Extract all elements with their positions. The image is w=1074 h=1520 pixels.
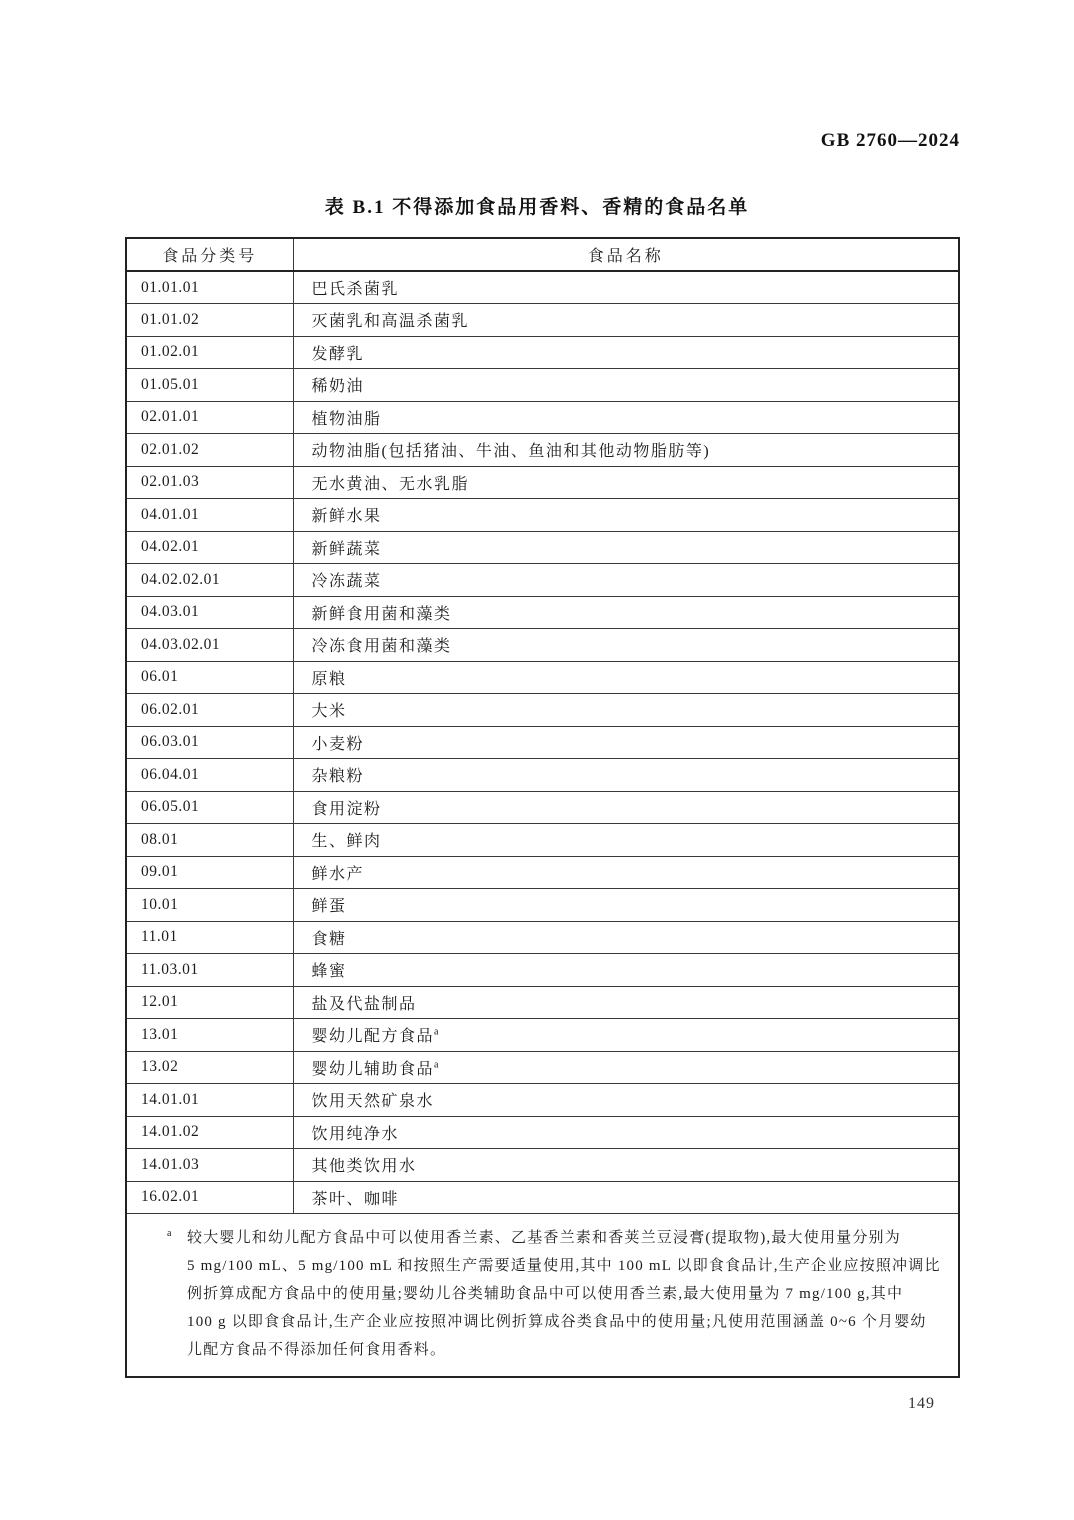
table-row: 13.01婴幼儿配方食品a	[126, 1019, 959, 1052]
food-name: 生、鲜肉	[293, 824, 959, 857]
standard-code: GB 2760—2024	[821, 130, 960, 152]
footnote-line: 例折算成配方食品中的使用量;婴幼儿谷类辅助食品中可以使用香兰素,最大使用量为 7…	[187, 1280, 934, 1308]
table-row: 12.01盐及代盐制品	[126, 986, 959, 1019]
food-name: 杂粮粉	[293, 759, 959, 792]
table-row: 02.01.01植物油脂	[126, 401, 959, 434]
table-row: 01.02.01发酵乳	[126, 336, 959, 369]
footnote-line: 100 g 以即食食品计,生产企业应按照冲调比例折算成谷类食品中的使用量;凡使用…	[187, 1308, 934, 1336]
footnote-line: 儿配方食品不得添加任何食用香料。	[187, 1336, 934, 1364]
table-row: 01.01.02灭菌乳和高温杀菌乳	[126, 304, 959, 337]
food-name: 大米	[293, 694, 959, 727]
food-name: 发酵乳	[293, 336, 959, 369]
food-name: 植物油脂	[293, 401, 959, 434]
food-category-code: 06.02.01	[126, 694, 293, 727]
food-category-code: 01.02.01	[126, 336, 293, 369]
table-row: 02.01.03无水黄油、无水乳脂	[126, 466, 959, 499]
table-row: 11.03.01蜂蜜	[126, 954, 959, 987]
food-name: 婴幼儿配方食品a	[293, 1019, 959, 1052]
food-name: 小麦粉	[293, 726, 959, 759]
food-name: 鲜水产	[293, 856, 959, 889]
table-row: 14.01.01饮用天然矿泉水	[126, 1084, 959, 1117]
food-category-code: 09.01	[126, 856, 293, 889]
table-row: 13.02婴幼儿辅助食品a	[126, 1051, 959, 1084]
food-name: 冷冻食用菌和藻类	[293, 629, 959, 662]
food-category-code: 13.02	[126, 1051, 293, 1084]
footnote-row: a较大婴儿和幼儿配方食品中可以使用香兰素、乙基香兰素和香荚兰豆浸膏(提取物),最…	[126, 1214, 959, 1378]
food-name: 冷冻蔬菜	[293, 564, 959, 597]
table-row: 04.01.01新鲜水果	[126, 499, 959, 532]
food-name: 动物油脂(包括猪油、牛油、鱼油和其他动物脂肪等)	[293, 434, 959, 467]
food-category-code: 06.03.01	[126, 726, 293, 759]
table-row: 11.01食糖	[126, 921, 959, 954]
food-category-code: 04.03.02.01	[126, 629, 293, 662]
food-category-code: 01.01.01	[126, 271, 293, 304]
table-row: 01.01.01巴氏杀菌乳	[126, 271, 959, 304]
food-category-code: 04.02.02.01	[126, 564, 293, 597]
food-name: 蜂蜜	[293, 954, 959, 987]
food-category-code: 02.01.02	[126, 434, 293, 467]
food-category-code: 04.01.01	[126, 499, 293, 532]
food-name: 盐及代盐制品	[293, 986, 959, 1019]
table-row: 06.04.01杂粮粉	[126, 759, 959, 792]
table-row: 10.01鲜蛋	[126, 889, 959, 922]
food-category-code: 13.01	[126, 1019, 293, 1052]
food-category-code: 16.02.01	[126, 1181, 293, 1214]
food-category-code: 14.01.02	[126, 1116, 293, 1149]
food-category-code: 10.01	[126, 889, 293, 922]
food-category-code: 06.05.01	[126, 791, 293, 824]
food-category-code: 14.01.03	[126, 1149, 293, 1182]
food-name: 婴幼儿辅助食品a	[293, 1051, 959, 1084]
table-title: 表 B.1 不得添加食品用香料、香精的食品名单	[0, 192, 1074, 219]
food-category-code: 06.01	[126, 661, 293, 694]
food-category-code: 04.02.01	[126, 531, 293, 564]
table-row: 09.01鲜水产	[126, 856, 959, 889]
footnote-line: a较大婴儿和幼儿配方食品中可以使用香兰素、乙基香兰素和香荚兰豆浸膏(提取物),最…	[187, 1224, 934, 1252]
food-category-code: 11.03.01	[126, 954, 293, 987]
food-name: 饮用纯净水	[293, 1116, 959, 1149]
footnote-line: 5 mg/100 mL、5 mg/100 mL 和按照生产需要适量使用,其中 1…	[187, 1252, 934, 1280]
food-name: 原粮	[293, 661, 959, 694]
table-body: 01.01.01巴氏杀菌乳01.01.02灭菌乳和高温杀菌乳01.02.01发酵…	[126, 271, 959, 1214]
food-name: 鲜蛋	[293, 889, 959, 922]
food-name: 饮用天然矿泉水	[293, 1084, 959, 1117]
food-name: 灭菌乳和高温杀菌乳	[293, 304, 959, 337]
table-row: 14.01.03其他类饮用水	[126, 1149, 959, 1182]
table-row: 08.01生、鲜肉	[126, 824, 959, 857]
table-header-row: 食品分类号 食品名称	[126, 238, 959, 271]
food-name: 巴氏杀菌乳	[293, 271, 959, 304]
food-category-code: 12.01	[126, 986, 293, 1019]
table-row: 04.03.01新鲜食用菌和藻类	[126, 596, 959, 629]
table-row: 04.03.02.01冷冻食用菌和藻类	[126, 629, 959, 662]
table-footnote: a较大婴儿和幼儿配方食品中可以使用香兰素、乙基香兰素和香荚兰豆浸膏(提取物),最…	[126, 1214, 959, 1378]
food-name: 新鲜水果	[293, 499, 959, 532]
food-name: 新鲜食用菌和藻类	[293, 596, 959, 629]
table-row: 14.01.02饮用纯净水	[126, 1116, 959, 1149]
table-row: 06.05.01食用淀粉	[126, 791, 959, 824]
table-row: 06.01原粮	[126, 661, 959, 694]
column-header-food-category-code: 食品分类号	[126, 238, 293, 271]
food-name: 新鲜蔬菜	[293, 531, 959, 564]
footnote-reference: a	[434, 1059, 438, 1070]
food-category-code: 02.01.01	[126, 401, 293, 434]
food-name: 茶叶、咖啡	[293, 1181, 959, 1214]
food-category-code: 02.01.03	[126, 466, 293, 499]
food-category-code: 06.04.01	[126, 759, 293, 792]
food-category-code: 04.03.01	[126, 596, 293, 629]
food-category-code: 01.01.02	[126, 304, 293, 337]
table-row: 04.02.01新鲜蔬菜	[126, 531, 959, 564]
table-row: 02.01.02动物油脂(包括猪油、牛油、鱼油和其他动物脂肪等)	[126, 434, 959, 467]
food-category-code: 08.01	[126, 824, 293, 857]
food-name: 食糖	[293, 921, 959, 954]
page-number: 149	[908, 1395, 935, 1413]
table-row: 16.02.01茶叶、咖啡	[126, 1181, 959, 1214]
document-page: GB 2760—2024 表 B.1 不得添加食品用香料、香精的食品名单 食品分…	[0, 0, 1074, 1520]
food-name: 稀奶油	[293, 369, 959, 402]
food-name: 无水黄油、无水乳脂	[293, 466, 959, 499]
table-row: 01.05.01稀奶油	[126, 369, 959, 402]
food-name: 食用淀粉	[293, 791, 959, 824]
column-header-food-name: 食品名称	[293, 238, 959, 271]
food-category-code: 01.05.01	[126, 369, 293, 402]
footnote-reference: a	[434, 1027, 438, 1038]
footnote-text: a较大婴儿和幼儿配方食品中可以使用香兰素、乙基香兰素和香荚兰豆浸膏(提取物),最…	[187, 1224, 934, 1364]
food-category-code: 11.01	[126, 921, 293, 954]
food-category-code: 14.01.01	[126, 1084, 293, 1117]
food-name: 其他类饮用水	[293, 1149, 959, 1182]
table-row: 04.02.02.01冷冻蔬菜	[126, 564, 959, 597]
table-row: 06.02.01大米	[126, 694, 959, 727]
table-row: 06.03.01小麦粉	[126, 726, 959, 759]
food-table: 食品分类号 食品名称 01.01.01巴氏杀菌乳01.01.02灭菌乳和高温杀菌…	[125, 237, 960, 1378]
